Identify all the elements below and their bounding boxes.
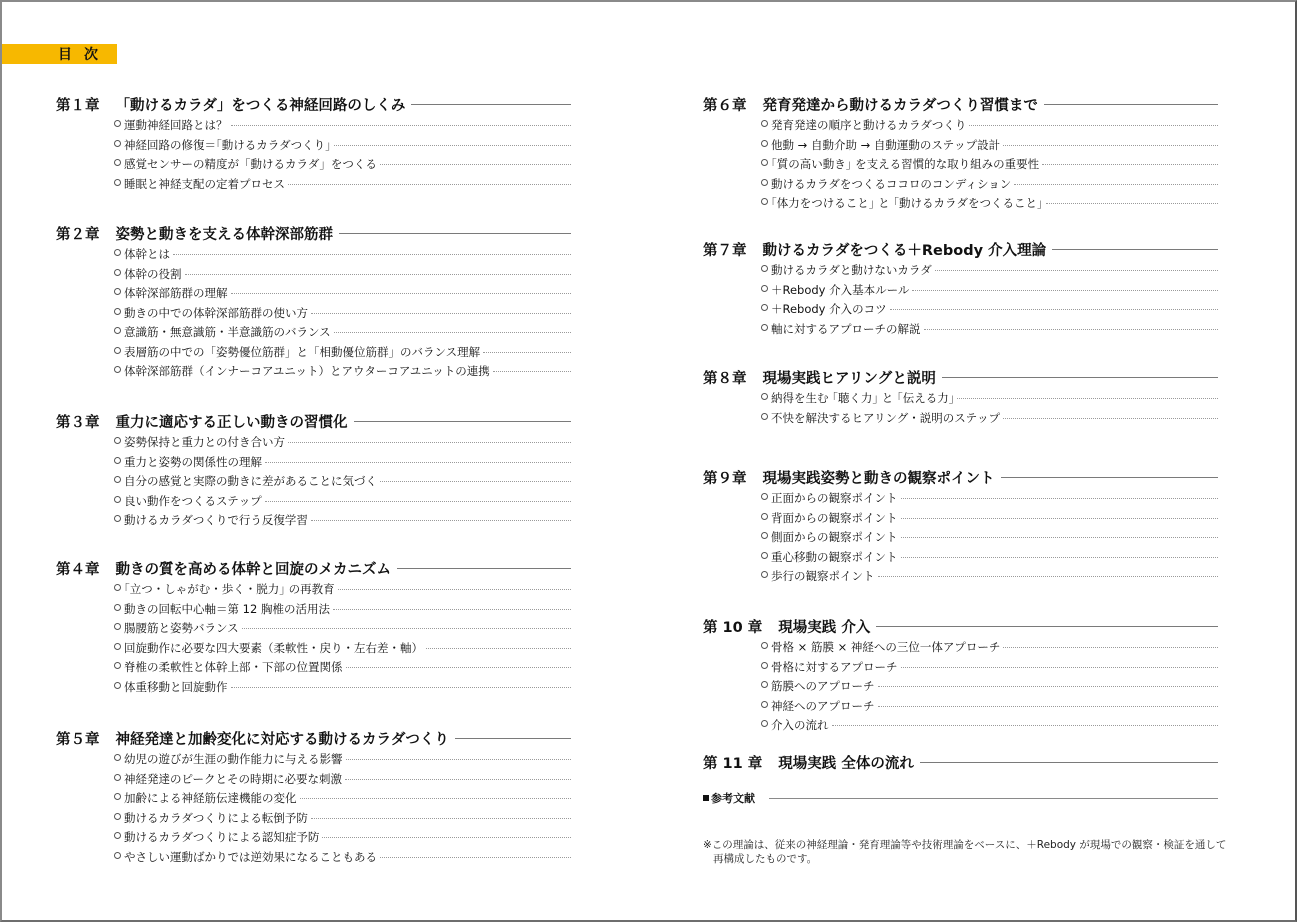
section-title: ｢立つ・しゃがむ・歩く・脱力｣ の再教育: [124, 581, 335, 597]
section-title: ＋Rebody 介入のコツ: [771, 301, 887, 317]
section-item[interactable]: ＋Rebody 介入基本ルール: [761, 282, 1218, 302]
references-label: 参考文献: [711, 790, 755, 806]
section-title: ｢体力をつけること｣ と ｢動けるカラダをつくること｣: [771, 195, 1043, 211]
section-item[interactable]: 側面からの観察ポイント: [761, 529, 1218, 549]
square-bullet-icon: [703, 795, 709, 801]
circle-bullet-icon: [114, 832, 121, 839]
heading-rule: [920, 762, 1218, 763]
section-item[interactable]: 動きの中での体幹深部筋群の使い方: [114, 305, 571, 325]
section-item[interactable]: 睡眠と神経支配の定着プロセス: [114, 176, 571, 196]
section-item[interactable]: 骨格 × 筋膜 × 神経への三位一体アプローチ: [761, 639, 1218, 659]
section-item[interactable]: 軸に対するアプローチの解説: [761, 321, 1218, 341]
chapter-number: 第９章: [703, 467, 747, 488]
section-item[interactable]: 重力と姿勢の関係性の理解: [114, 454, 571, 474]
chapter-number: 第７章: [703, 239, 747, 260]
section-title: 歩行の観察ポイント: [771, 568, 875, 584]
dot-leader: [957, 398, 1218, 399]
section-item[interactable]: 体幹とは: [114, 246, 571, 266]
chapter-number: 第 11 章: [703, 752, 762, 773]
circle-bullet-icon: [761, 552, 768, 559]
section-list: 動けるカラダと動けないカラダ＋Rebody 介入基本ルール＋Rebody 介入の…: [703, 262, 1218, 340]
section-list: ｢立つ・しゃがむ・歩く・脱力｣ の再教育動きの回転中心軸＝第 12 胸椎の活用法…: [56, 581, 571, 698]
dot-leader: [878, 686, 1219, 687]
footnote-line-2: 再構成したものです。: [703, 852, 1263, 866]
section-title: 動きの中での体幹深部筋群の使い方: [124, 305, 308, 321]
dot-leader: [265, 462, 571, 463]
section-title: 重力と姿勢の関係性の理解: [124, 454, 262, 470]
section-item[interactable]: ｢体力をつけること｣ と ｢動けるカラダをつくること｣: [761, 195, 1218, 215]
chapter-block: 第８章現場実践ヒアリングと説明納得を生む ｢聴く力｣ と ｢伝える力｣不快を解決…: [703, 366, 1218, 429]
chapter-title: 神経発達と加齢変化に対応する動けるカラダつくり: [116, 728, 449, 749]
heading-rule: [397, 568, 571, 569]
dot-leader: [185, 274, 572, 275]
chapter-number: 第１章: [56, 94, 100, 115]
section-title: 神経へのアプローチ: [771, 698, 875, 714]
dot-leader: [322, 837, 571, 838]
section-title: 体幹深部筋群（インナーコアユニット）とアウターコアユニットの連携: [124, 363, 490, 379]
chapter-title: 現場実践ヒアリングと説明: [763, 367, 936, 388]
chapter-heading[interactable]: 第４章動きの質を高める体幹と回旋のメカニズム: [56, 557, 571, 579]
section-title: 骨格 × 筋膜 × 神経への三位一体アプローチ: [771, 639, 1000, 655]
circle-bullet-icon: [114, 584, 121, 591]
section-title: ＋Rebody 介入基本ルール: [771, 282, 909, 298]
dot-leader: [231, 293, 572, 294]
section-title: 回旋動作に必要な四大要素（柔軟性・戻り・左右差・軸）: [124, 640, 423, 656]
heading-rule: [769, 798, 1218, 799]
dot-leader: [231, 125, 572, 126]
section-item[interactable]: 背面からの観察ポイント: [761, 510, 1218, 530]
circle-bullet-icon: [761, 532, 768, 539]
section-title: 自分の感覚と実際の動きに差があることに気づく: [124, 473, 377, 489]
circle-bullet-icon: [114, 159, 121, 166]
references-heading[interactable]: 参考文献: [703, 788, 1218, 808]
section-item[interactable]: 腸腰筋と姿勢バランス: [114, 620, 571, 640]
chapter-heading[interactable]: 第８章現場実践ヒアリングと説明: [703, 366, 1218, 388]
section-title: 側面からの観察ポイント: [771, 529, 898, 545]
circle-bullet-icon: [114, 754, 121, 761]
circle-bullet-icon: [761, 662, 768, 669]
heading-rule: [1001, 477, 1219, 478]
chapter-heading[interactable]: 第 11 章現場実践 全体の流れ: [703, 751, 1218, 773]
dot-leader: [380, 857, 571, 858]
section-item[interactable]: 不快を解決するヒアリング・説明のステップ: [761, 410, 1218, 430]
chapter-title: 発育発達から動けるカラダつくり習慣まで: [763, 94, 1038, 115]
section-title: 筋膜へのアプローチ: [771, 678, 875, 694]
chapter-block: 第６章発育発達から動けるカラダつくり習慣まで発育発達の順序と動けるカラダつくり他…: [703, 93, 1218, 215]
heading-rule: [876, 626, 1218, 627]
dot-leader: [878, 706, 1219, 707]
section-list: 運動神経回路とは？神経回路の修復＝｢動けるカラダつくり｣感覚センサーの精度が「動…: [56, 117, 571, 195]
section-title: 動けるカラダつくりによる転倒予防: [124, 810, 308, 826]
circle-bullet-icon: [761, 413, 768, 420]
section-title: 神経回路の修復＝｢動けるカラダつくり｣: [124, 137, 331, 153]
chapter-heading[interactable]: 第７章動けるカラダをつくる＋Rebody 介入理論: [703, 238, 1218, 260]
chapter-block: 第 11 章現場実践 全体の流れ: [703, 751, 1218, 773]
circle-bullet-icon: [761, 198, 768, 205]
dot-leader: [231, 687, 572, 688]
circle-bullet-icon: [114, 774, 121, 781]
section-item[interactable]: 正面からの観察ポイント: [761, 490, 1218, 510]
circle-bullet-icon: [114, 366, 121, 373]
section-title: 睡眠と神経支配の定着プロセス: [124, 176, 285, 192]
circle-bullet-icon: [114, 327, 121, 334]
circle-bullet-icon: [761, 265, 768, 272]
circle-bullet-icon: [761, 681, 768, 688]
footnote-line-1: ※この理論は、従来の神経理論・発育理論等や技術理論をベースに、＋Rebody が…: [703, 839, 1226, 851]
section-title: 不快を解決するヒアリング・説明のステップ: [771, 410, 1000, 426]
circle-bullet-icon: [114, 308, 121, 315]
heading-rule: [1052, 249, 1218, 250]
chapter-title: 重力に適応する正しい動きの習慣化: [116, 411, 348, 432]
section-item[interactable]: 幼児の遊びが生涯の動作能力に与える影響: [114, 751, 571, 771]
dot-leader: [311, 818, 571, 819]
circle-bullet-icon: [114, 496, 121, 503]
circle-bullet-icon: [114, 852, 121, 859]
section-item[interactable]: 体幹の役割: [114, 266, 571, 286]
circle-bullet-icon: [114, 623, 121, 630]
chapter-block: 第２章姿勢と動きを支える体幹深部筋群体幹とは体幹の役割体幹深部筋群の理解動きの中…: [56, 222, 571, 383]
section-title: 納得を生む ｢聴く力｣ と ｢伝える力｣: [771, 390, 954, 406]
section-title: 体幹とは: [124, 246, 170, 262]
section-title: 動けるカラダをつくるココロのコンディション: [771, 176, 1011, 192]
footnote: ※この理論は、従来の神経理論・発育理論等や技術理論をベースに、＋Rebody が…: [703, 838, 1263, 866]
circle-bullet-icon: [761, 304, 768, 311]
chapter-heading[interactable]: 第５章神経発達と加齢変化に対応する動けるカラダつくり: [56, 727, 571, 749]
chapter-number: 第８章: [703, 367, 747, 388]
circle-bullet-icon: [114, 793, 121, 800]
dot-leader: [1003, 145, 1218, 146]
chapter-title: 現場実践姿勢と動きの観察ポイント: [763, 467, 995, 488]
chapter-number: 第３章: [56, 411, 100, 432]
circle-bullet-icon: [761, 159, 768, 166]
chapter-block: 第３章重力に適応する正しい動きの習慣化姿勢保持と重力との付き合い方重力と姿勢の関…: [56, 410, 571, 532]
section-title: 介入の流れ: [771, 717, 829, 733]
section-title: 動けるカラダつくりによる認知症予防: [124, 829, 319, 845]
section-item[interactable]: 重心移動の観察ポイント: [761, 549, 1218, 569]
section-title: 運動神経回路とは？: [124, 117, 228, 133]
section-title: 動けるカラダつくりで行う反復学習: [124, 512, 308, 528]
dot-leader: [334, 332, 571, 333]
chapter-title: 動きの質を高める体幹と回旋のメカニズム: [116, 558, 392, 579]
chapter-title: 現場実践 全体の流れ: [778, 752, 914, 773]
chapter-block: 第７章動けるカラダをつくる＋Rebody 介入理論動けるカラダと動けないカラダ＋…: [703, 238, 1218, 340]
chapter-number: 第６章: [703, 94, 747, 115]
section-list: 発育発達の順序と動けるカラダつくり他動 → 自動介助 → 自動運動のステップ設計…: [703, 117, 1218, 215]
section-item[interactable]: 表層筋の中での「姿勢優位筋群」と「相動優位筋群」のバランス理解: [114, 344, 571, 364]
section-list: 姿勢保持と重力との付き合い方重力と姿勢の関係性の理解自分の感覚と実際の動きに差が…: [56, 434, 571, 532]
circle-bullet-icon: [761, 393, 768, 400]
section-item[interactable]: 動けるカラダつくりによる認知症予防: [114, 829, 571, 849]
section-item[interactable]: やさしい運動ばかりでは逆効果になることもある: [114, 849, 571, 869]
dot-leader: [346, 759, 572, 760]
section-list: 幼児の遊びが生涯の動作能力に与える影響神経発達のピークとその時期に必要な刺激加齢…: [56, 751, 571, 868]
section-title: 加齢による神経筋伝達機能の変化: [124, 790, 297, 806]
section-item[interactable]: 動けるカラダつくりで行う反復学習: [114, 512, 571, 532]
dot-leader: [878, 576, 1219, 577]
dot-leader: [1003, 418, 1218, 419]
heading-rule: [942, 377, 1218, 378]
circle-bullet-icon: [114, 476, 121, 483]
chapter-number: 第２章: [56, 223, 100, 244]
dot-leader: [311, 520, 571, 521]
circle-bullet-icon: [114, 437, 121, 444]
section-list: 骨格 × 筋膜 × 神経への三位一体アプローチ骨格に対するアプローチ筋膜へのアプ…: [703, 639, 1218, 737]
dot-leader: [483, 352, 571, 353]
dot-leader: [173, 254, 571, 255]
section-title: 脊椎の柔軟性と体幹上部・下部の位置関係: [124, 659, 343, 675]
section-item[interactable]: 動けるカラダと動けないカラダ: [761, 262, 1218, 282]
chapter-heading[interactable]: 第１章「動けるカラダ」をつくる神経回路のしくみ: [56, 93, 571, 115]
chapter-block: 第 10 章現場実践 介入骨格 × 筋膜 × 神経への三位一体アプローチ骨格に対…: [703, 615, 1218, 737]
circle-bullet-icon: [114, 140, 121, 147]
circle-bullet-icon: [114, 269, 121, 276]
section-title: 正面からの観察ポイント: [771, 490, 898, 506]
section-item[interactable]: 神経へのアプローチ: [761, 698, 1218, 718]
section-item[interactable]: 歩行の観察ポイント: [761, 568, 1218, 588]
circle-bullet-icon: [114, 347, 121, 354]
section-title: 背面からの観察ポイント: [771, 510, 898, 526]
circle-bullet-icon: [114, 288, 121, 295]
chapter-block: 第１章「動けるカラダ」をつくる神経回路のしくみ運動神経回路とは？神経回路の修復＝…: [56, 93, 571, 195]
section-item[interactable]: 感覚センサーの精度が「動けるカラダ」をつくる: [114, 156, 571, 176]
dot-leader: [901, 537, 1219, 538]
dot-leader: [380, 164, 571, 165]
chapter-title: 動けるカラダをつくる＋Rebody 介入理論: [763, 239, 1047, 260]
section-item[interactable]: 他動 → 自動介助 → 自動運動のステップ設計: [761, 137, 1218, 157]
chapter-heading[interactable]: 第３章重力に適応する正しい動きの習慣化: [56, 410, 571, 432]
section-list: 正面からの観察ポイント背面からの観察ポイント側面からの観察ポイント重心移動の観察…: [703, 490, 1218, 588]
section-item[interactable]: 動けるカラダつくりによる転倒予防: [114, 810, 571, 830]
dot-leader: [493, 371, 571, 372]
section-list: 体幹とは体幹の役割体幹深部筋群の理解動きの中での体幹深部筋群の使い方意識筋・無意…: [56, 246, 571, 383]
circle-bullet-icon: [761, 120, 768, 127]
section-title: 体幹深部筋群の理解: [124, 285, 228, 301]
section-item[interactable]: 自分の感覚と実際の動きに差があることに気づく: [114, 473, 571, 493]
section-title: 表層筋の中での「姿勢優位筋群」と「相動優位筋群」のバランス理解: [124, 344, 480, 360]
dot-leader: [288, 184, 571, 185]
section-item[interactable]: ｢立つ・しゃがむ・歩く・脱力｣ の再教育: [114, 581, 571, 601]
chapter-heading[interactable]: 第 10 章現場実践 介入: [703, 615, 1218, 637]
chapter-title: 現場実践 介入: [778, 616, 870, 637]
section-item[interactable]: 良い動作をつくるステップ: [114, 493, 571, 513]
dot-leader: [969, 125, 1218, 126]
section-item[interactable]: 運動神経回路とは？: [114, 117, 571, 137]
circle-bullet-icon: [114, 120, 121, 127]
dot-leader: [242, 628, 571, 629]
dot-leader: [288, 442, 571, 443]
dot-leader: [334, 145, 571, 146]
circle-bullet-icon: [761, 140, 768, 147]
section-item[interactable]: ｢質の高い動き｣ を支える習慣的な取り組みの重要性: [761, 156, 1218, 176]
dot-leader: [333, 609, 571, 610]
chapter-block: 第９章現場実践姿勢と動きの観察ポイント正面からの観察ポイント背面からの観察ポイン…: [703, 466, 1218, 588]
circle-bullet-icon: [761, 324, 768, 331]
circle-bullet-icon: [761, 642, 768, 649]
dot-leader: [832, 725, 1219, 726]
dot-leader: [901, 498, 1219, 499]
section-title: 体幹の役割: [124, 266, 182, 282]
dot-leader: [1003, 647, 1218, 648]
dot-leader: [924, 329, 1219, 330]
section-title: ｢質の高い動き｣ を支える習慣的な取り組みの重要性: [771, 156, 1039, 172]
dot-leader: [345, 779, 571, 780]
dot-leader: [890, 309, 1218, 310]
circle-bullet-icon: [114, 457, 121, 464]
dot-leader: [300, 798, 572, 799]
chapter-title: 姿勢と動きを支える体幹深部筋群: [116, 223, 334, 244]
section-title: 意識筋・無意識筋・半意識筋のバランス: [124, 324, 331, 340]
section-item[interactable]: 脊椎の柔軟性と体幹上部・下部の位置関係: [114, 659, 571, 679]
circle-bullet-icon: [761, 493, 768, 500]
circle-bullet-icon: [761, 513, 768, 520]
section-item[interactable]: 回旋動作に必要な四大要素（柔軟性・戻り・左右差・軸）: [114, 640, 571, 660]
circle-bullet-icon: [761, 285, 768, 292]
chapter-number: 第５章: [56, 728, 100, 749]
section-item[interactable]: 動きの回転中心軸＝第 12 胸椎の活用法: [114, 601, 571, 621]
section-title: 姿勢保持と重力との付き合い方: [124, 434, 285, 450]
section-item[interactable]: 介入の流れ: [761, 717, 1218, 737]
chapter-number: 第 10 章: [703, 616, 762, 637]
chapter-number: 第４章: [56, 558, 100, 579]
heading-rule: [455, 738, 571, 739]
section-item[interactable]: 発育発達の順序と動けるカラダつくり: [761, 117, 1218, 137]
dot-leader: [426, 648, 571, 649]
dot-leader: [1042, 164, 1218, 165]
section-item[interactable]: 姿勢保持と重力との付き合い方: [114, 434, 571, 454]
chapter-heading[interactable]: 第６章発育発達から動けるカラダつくり習慣まで: [703, 93, 1218, 115]
section-title: 他動 → 自動介助 → 自動運動のステップ設計: [771, 137, 1000, 153]
circle-bullet-icon: [761, 720, 768, 727]
circle-bullet-icon: [114, 249, 121, 256]
circle-bullet-icon: [114, 682, 121, 689]
dot-leader: [1014, 184, 1218, 185]
section-title: 軸に対するアプローチの解説: [771, 321, 921, 337]
section-title: 動けるカラダと動けないカラダ: [771, 262, 932, 278]
dot-leader: [901, 557, 1219, 558]
section-item[interactable]: 体重移動と回旋動作: [114, 679, 571, 699]
section-title: 神経発達のピークとその時期に必要な刺激: [124, 771, 342, 787]
dot-leader: [912, 290, 1218, 291]
section-item[interactable]: 納得を生む ｢聴く力｣ と ｢伝える力｣: [761, 390, 1218, 410]
section-title: 体重移動と回旋動作: [124, 679, 228, 695]
circle-bullet-icon: [114, 515, 121, 522]
section-item[interactable]: 骨格に対するアプローチ: [761, 659, 1218, 679]
section-title: 良い動作をつくるステップ: [124, 493, 262, 509]
section-item[interactable]: ＋Rebody 介入のコツ: [761, 301, 1218, 321]
dot-leader: [346, 667, 572, 668]
section-title: 動きの回転中心軸＝第 12 胸椎の活用法: [124, 601, 330, 617]
dot-leader: [901, 518, 1219, 519]
dot-leader: [380, 481, 571, 482]
section-item[interactable]: 神経発達のピークとその時期に必要な刺激: [114, 771, 571, 791]
chapter-heading[interactable]: 第９章現場実践姿勢と動きの観察ポイント: [703, 466, 1218, 488]
dot-leader: [935, 270, 1218, 271]
section-list: 納得を生む ｢聴く力｣ と ｢伝える力｣不快を解決するヒアリング・説明のステップ: [703, 390, 1218, 429]
dot-leader: [901, 667, 1219, 668]
section-item[interactable]: 意識筋・無意識筋・半意識筋のバランス: [114, 324, 571, 344]
dot-leader: [338, 589, 571, 590]
heading-rule: [1044, 104, 1218, 105]
section-item[interactable]: 体幹深部筋群（インナーコアユニット）とアウターコアユニットの連携: [114, 363, 571, 383]
dot-leader: [265, 501, 571, 502]
circle-bullet-icon: [761, 179, 768, 186]
circle-bullet-icon: [114, 179, 121, 186]
section-title: 重心移動の観察ポイント: [771, 549, 898, 565]
section-title: 発育発達の順序と動けるカラダつくり: [771, 117, 966, 133]
circle-bullet-icon: [114, 643, 121, 650]
heading-rule: [354, 421, 572, 422]
circle-bullet-icon: [114, 604, 121, 611]
circle-bullet-icon: [761, 701, 768, 708]
dot-leader: [311, 313, 571, 314]
section-title: 感覚センサーの精度が「動けるカラダ」をつくる: [124, 156, 377, 172]
section-item[interactable]: 筋膜へのアプローチ: [761, 678, 1218, 698]
chapter-block: 第４章動きの質を高める体幹と回旋のメカニズム｢立つ・しゃがむ・歩く・脱力｣ の再…: [56, 557, 571, 698]
chapter-title: 「動けるカラダ」をつくる神経回路のしくみ: [116, 94, 406, 115]
chapter-block: 第５章神経発達と加齢変化に対応する動けるカラダつくり幼児の遊びが生涯の動作能力に…: [56, 727, 571, 868]
section-item[interactable]: 加齢による神経筋伝達機能の変化: [114, 790, 571, 810]
section-title: 腸腰筋と姿勢バランス: [124, 620, 239, 636]
circle-bullet-icon: [761, 571, 768, 578]
heading-rule: [339, 233, 571, 234]
toc-label: 目次: [2, 44, 117, 64]
section-item[interactable]: 体幹深部筋群の理解: [114, 285, 571, 305]
section-title: やさしい運動ばかりでは逆効果になることもある: [124, 849, 377, 865]
chapter-heading[interactable]: 第２章姿勢と動きを支える体幹深部筋群: [56, 222, 571, 244]
circle-bullet-icon: [114, 813, 121, 820]
dot-leader: [1046, 203, 1218, 204]
section-item[interactable]: 神経回路の修復＝｢動けるカラダつくり｣: [114, 137, 571, 157]
section-item[interactable]: 動けるカラダをつくるココロのコンディション: [761, 176, 1218, 196]
section-title: 幼児の遊びが生涯の動作能力に与える影響: [124, 751, 343, 767]
section-title: 骨格に対するアプローチ: [771, 659, 898, 675]
circle-bullet-icon: [114, 662, 121, 669]
heading-rule: [411, 104, 571, 105]
